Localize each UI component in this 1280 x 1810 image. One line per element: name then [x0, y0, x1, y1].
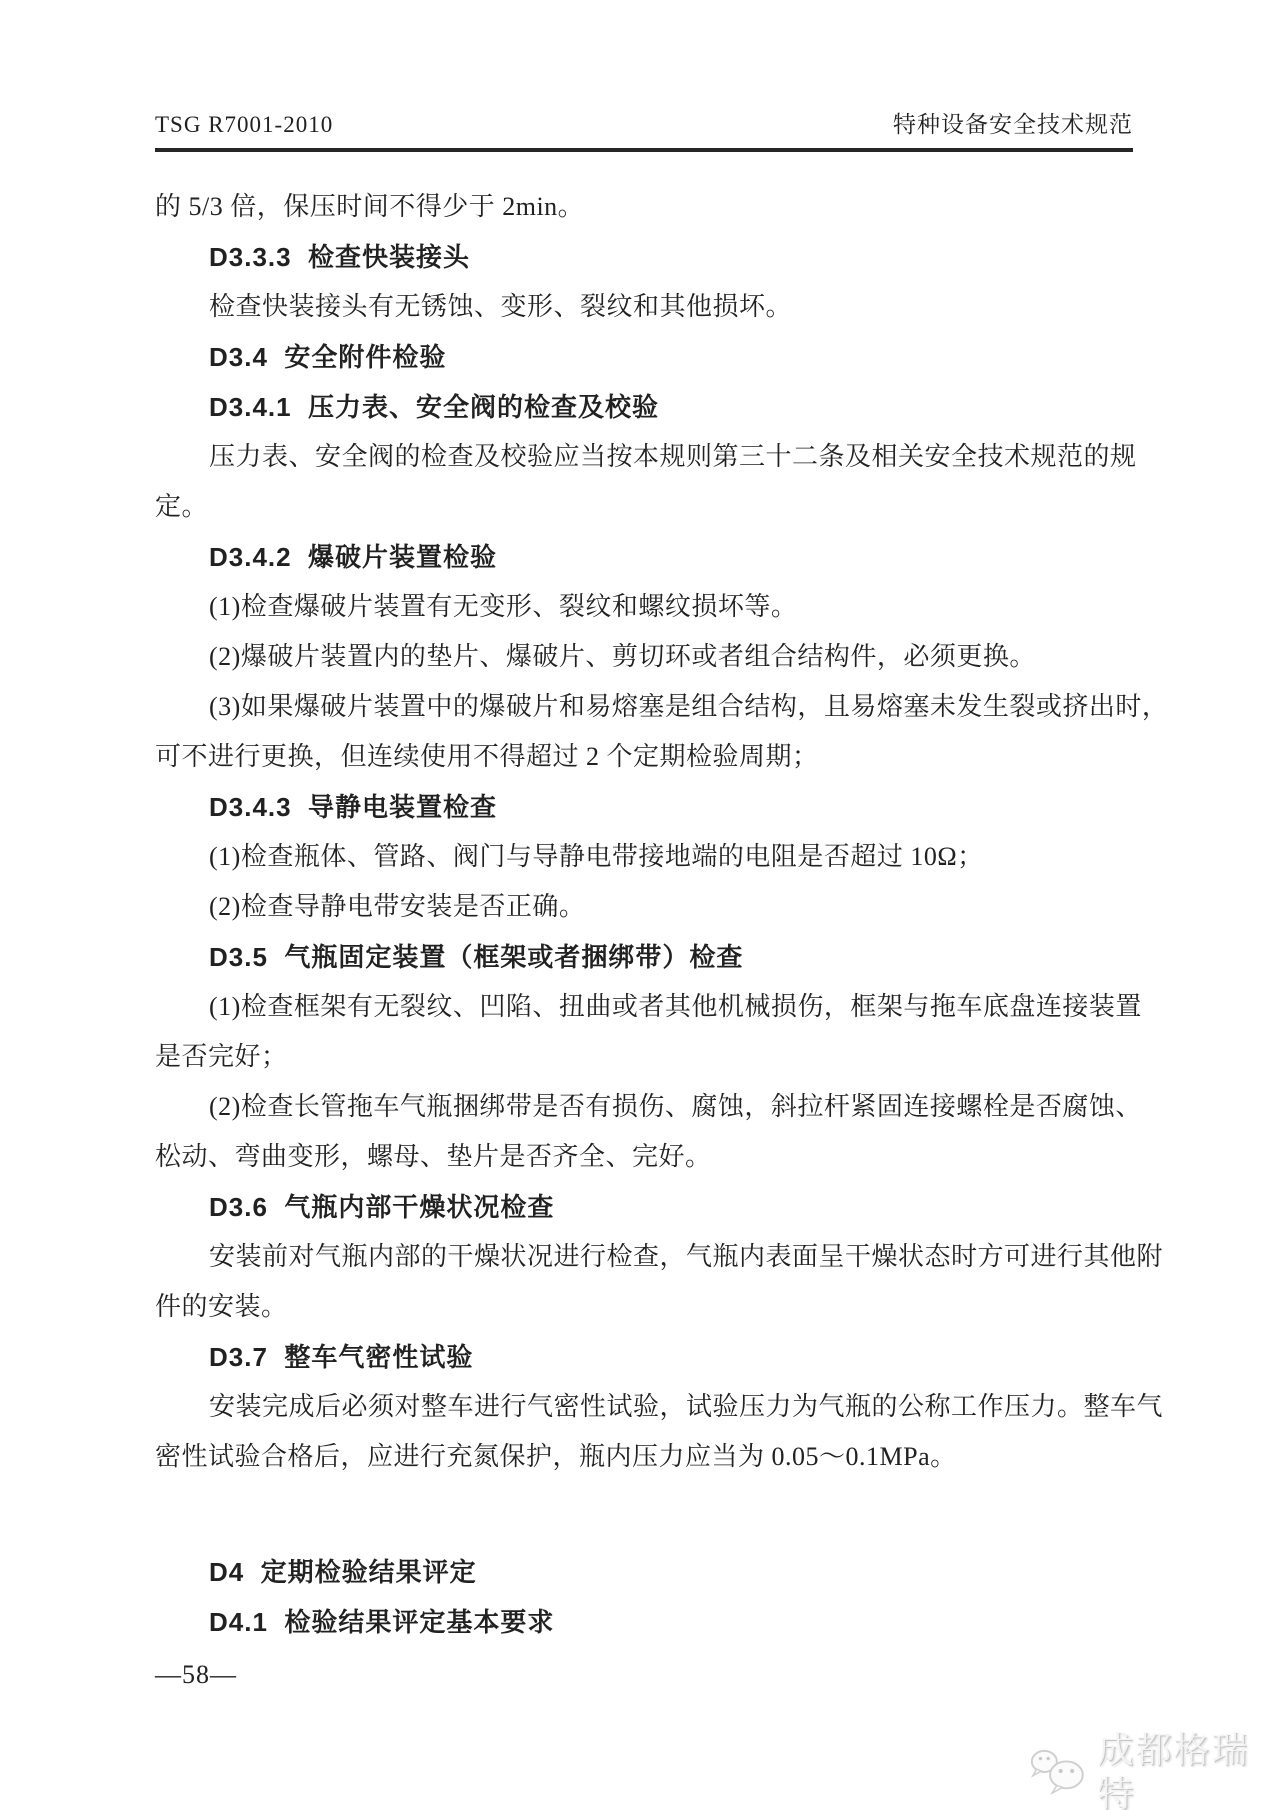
text-line: 安装完成后必须对整车进行气密性试验，试验压力为气瓶的公称工作压力。整车气 [155, 1382, 1133, 1432]
section-heading: D3.5 气瓶固定装置（框架或者捆绑带）检查 [155, 932, 1133, 982]
text-line: 的 5/3 倍，保压时间不得少于 2min。 [155, 182, 1133, 232]
wechat-icon [1028, 1746, 1088, 1798]
text-line: 密性试验合格后，应进行充氮保护，瓶内压力应当为 0.05～0.1MPa。 [155, 1432, 1133, 1482]
text-line: 压力表、安全阀的检查及校验应当按本规则第三十二条及相关安全技术规范的规 [155, 432, 1133, 482]
section-heading: D3.4.3 导静电装置检查 [155, 782, 1133, 832]
text-line: (1)检查框架有无裂纹、凹陷、扭曲或者其他机械损伤，框架与拖车底盘连接装置 [155, 982, 1133, 1032]
text-line: (2)爆破片装置内的垫片、爆破片、剪切环或者组合结构件，必须更换。 [155, 632, 1133, 682]
text-line: (1)检查爆破片装置有无变形、裂纹和螺纹损坏等。 [155, 582, 1133, 632]
document-page: TSG R7001-2010 特种设备安全技术规范 的 5/3 倍，保压时间不得… [0, 0, 1280, 1810]
header-rule [155, 148, 1133, 152]
header-document-title: 特种设备安全技术规范 [893, 110, 1133, 140]
page-header: TSG R7001-2010 特种设备安全技术规范 [155, 110, 1133, 140]
text-line: (1)检查瓶体、管路、阀门与导静电带接地端的电阻是否超过 10Ω； [155, 832, 1133, 882]
text-line: 可不进行更换，但连续使用不得超过 2 个定期检验周期； [155, 732, 1133, 782]
page-number: —58— [155, 1660, 237, 1690]
section-heading: D3.4 安全附件检验 [155, 332, 1133, 382]
header-document-code: TSG R7001-2010 [155, 110, 333, 140]
section-heading: D3.3.3 检查快装接头 [155, 232, 1133, 282]
text-line: (2)检查长管拖车气瓶捆绑带是否有损伤、腐蚀，斜拉杆紧固连接螺栓是否腐蚀、 [155, 1082, 1133, 1132]
watermark-text: 成都格瑞特 [1098, 1728, 1280, 1810]
text-line: 安装前对气瓶内部的干燥状况进行检查，气瓶内表面呈干燥状态时方可进行其他附 [155, 1232, 1133, 1282]
text-line: 检查快装接头有无锈蚀、变形、裂纹和其他损坏。 [155, 282, 1133, 332]
text-line: 定。 [155, 482, 1133, 532]
section-heading: D4 定期检验结果评定 [155, 1547, 1133, 1597]
text-line: 件的安装。 [155, 1282, 1133, 1332]
section-heading: D4.1 检验结果评定基本要求 [155, 1597, 1133, 1647]
watermark: 成都格瑞特 [1028, 1728, 1280, 1810]
section-heading: D3.4.2 爆破片装置检验 [155, 532, 1133, 582]
text-line: (2)检查导静电带安装是否正确。 [155, 882, 1133, 932]
section-heading: D3.6 气瓶内部干燥状况检查 [155, 1182, 1133, 1232]
section-heading: D3.7 整车气密性试验 [155, 1332, 1133, 1382]
section-heading: D3.4.1 压力表、安全阀的检查及校验 [155, 382, 1133, 432]
document-body: 的 5/3 倍，保压时间不得少于 2min。D3.3.3 检查快装接头检查快装接… [155, 182, 1133, 1647]
spacer [155, 1482, 1133, 1547]
text-line: (3)如果爆破片装置中的爆破片和易熔塞是组合结构，且易熔塞未发生裂或挤出时， [155, 682, 1133, 732]
text-line: 松动、弯曲变形，螺母、垫片是否齐全、完好。 [155, 1132, 1133, 1182]
text-line: 是否完好； [155, 1032, 1133, 1082]
